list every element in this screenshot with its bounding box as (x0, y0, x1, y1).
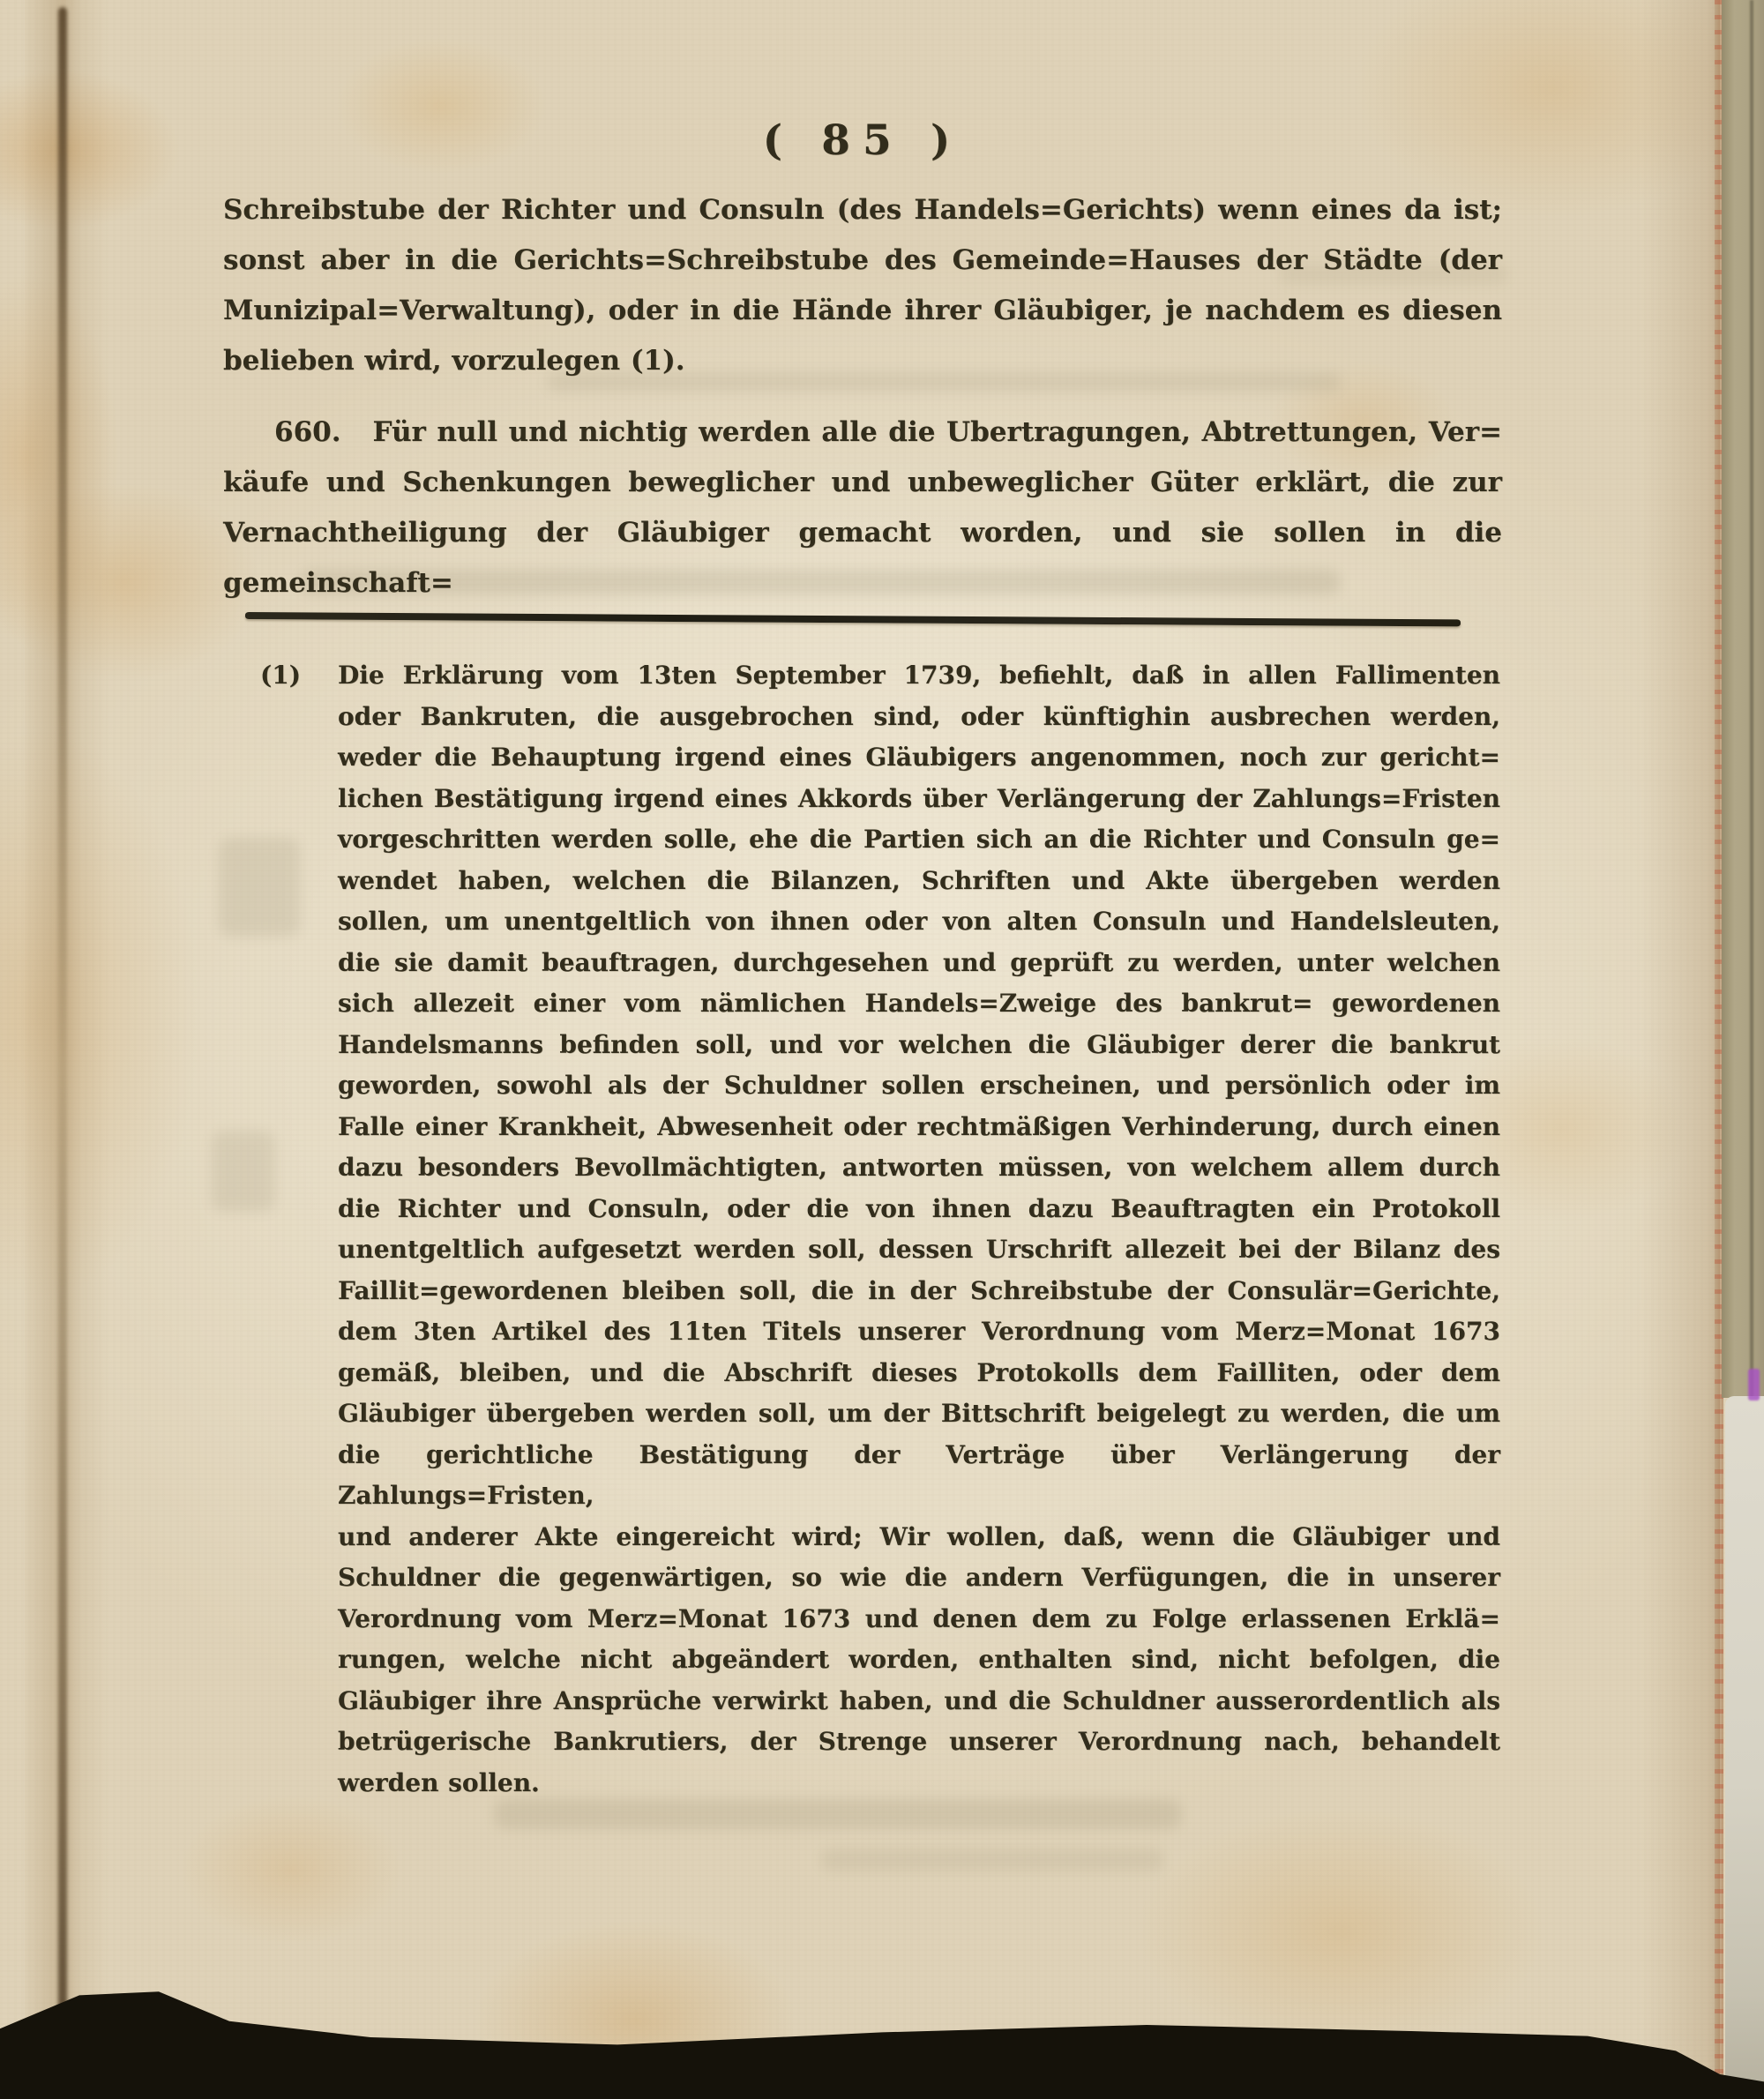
book-edge-strip-bottom (1725, 1396, 1764, 2099)
text-line: sonst aber in die Gerichts=Schreibstube … (223, 235, 1502, 286)
text-line: lichen Bestätigung irgend eines Akkords … (338, 779, 1500, 820)
text-line: und anderer Akte eingereicht wird; Wir w… (338, 1517, 1500, 1558)
text-line: unentgeltlich aufgesetzt werden soll, de… (338, 1229, 1500, 1271)
text-line: Gläubiger ihre Ansprüche verwirkt haben,… (338, 1681, 1500, 1722)
showthrough-smudge (820, 1849, 1164, 1871)
book-page-scan: ( 85 ) Schreibstube der Richter und Cons… (0, 0, 1764, 2099)
showthrough-smudge (494, 1799, 1182, 1829)
pink-ink-mark (1748, 1369, 1760, 1401)
showthrough-smudge (212, 1131, 275, 1212)
text-line: dazu besonders Bevollmächtigten, antwort… (338, 1147, 1500, 1189)
text-line: vorgeschritten werden solle, ehe die Par… (338, 819, 1500, 861)
footnote-marker: (1) (260, 655, 301, 697)
text-line: betrügerische Bankrutiers, der Strenge u… (338, 1722, 1500, 1763)
footnote-divider-rule (245, 612, 1461, 626)
text-line: dem 3ten Artikel des 11ten Titels unsere… (338, 1311, 1500, 1353)
text-line: die sie damit beauftragen, durchgesehen … (338, 943, 1500, 984)
page-number-header: ( 85 ) (223, 116, 1502, 165)
text-line: rungen, welche nicht abgeändert worden, … (338, 1640, 1500, 1681)
text-line: geworden, sowohl als der Schuldner solle… (338, 1065, 1500, 1107)
text-line: Faillit=gewordenen bleiben soll, die in … (338, 1271, 1500, 1312)
text-line: Vernachtheiligung der Gläubiger gemacht … (223, 508, 1502, 609)
text-line: 660.Für null und nichtig werden alle die… (223, 407, 1502, 458)
text-line: Schreibstube der Richter und Consuln (de… (223, 185, 1502, 235)
text-line: gemäß, bleiben, und die Abschrift dieses… (338, 1353, 1500, 1394)
text-line: Schuldner die gegenwärtigen, so wie die … (338, 1557, 1500, 1599)
text-line: Munizipal=Verwaltung), oder in die Hände… (223, 286, 1502, 336)
paragraph-continuation: Schreibstube der Richter und Consuln (de… (223, 185, 1502, 386)
footnote-1: (1)Die Erklärung vom 13ten September 173… (338, 655, 1500, 1804)
text-line-content: Für null und nichtig werden alle die Ube… (373, 416, 1502, 448)
text-line: werden sollen. (338, 1763, 1500, 1804)
text-line: sollen, um unentgeltlich von ihnen oder … (338, 901, 1500, 943)
text-line: die gerichtliche Bestätigung der Verträg… (338, 1435, 1500, 1517)
text-line: belieben wird, vorzulegen (1). (223, 336, 1502, 386)
text-line: sich allezeit einer vom nämlichen Handel… (338, 983, 1500, 1025)
page-curvature-shadow (1641, 0, 1720, 2099)
paragraph-article-660: 660.Für null und nichtig werden alle die… (223, 407, 1502, 609)
text-line: Verordnung vom Merz=Monat 1673 und denen… (338, 1599, 1500, 1640)
text-line: Gläubiger übergeben werden soll, um der … (338, 1393, 1500, 1435)
book-edge-seam (1750, 0, 1753, 1398)
text-line: Handelsmanns befinden soll, und vor welc… (338, 1025, 1500, 1066)
showthrough-smudge (219, 838, 300, 937)
text-line: Falle einer Krankheit, Abwesenheit oder … (338, 1107, 1500, 1148)
text-line: (1)Die Erklärung vom 13ten September 173… (338, 655, 1500, 697)
book-edge-strip-top (1722, 0, 1764, 1398)
text-line: käufe und Schenkungen beweglicher und un… (223, 458, 1502, 508)
text-line: weder die Behauptung irgend eines Gläubi… (338, 737, 1500, 779)
scanner-background (0, 1976, 1764, 2099)
text-line: die Richter und Consuln, oder die von ih… (338, 1189, 1500, 1230)
text-line: oder Bankruten, die ausgebrochen sind, o… (338, 697, 1500, 738)
text-line-content: Die Erklärung vom 13ten September 1739, … (338, 661, 1500, 690)
text-line: wendet haben, welchen die Bilanzen, Schr… (338, 861, 1500, 902)
article-number: 660. (274, 416, 341, 448)
binding-crease (58, 7, 67, 2044)
